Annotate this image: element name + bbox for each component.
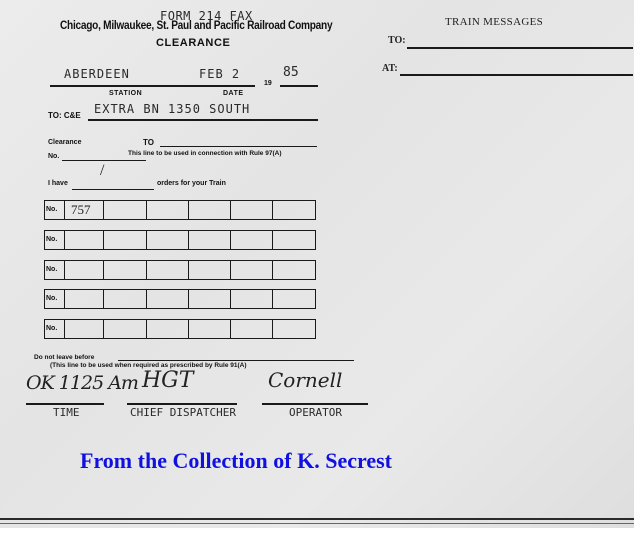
train-messages-to-label: TO:: [388, 35, 406, 46]
order-cell: [147, 320, 189, 338]
order-cell: [147, 261, 189, 279]
year-line: [280, 85, 318, 87]
rule-97a-note: This line to be used in connection with …: [128, 150, 281, 157]
time-label: TIME: [53, 406, 80, 419]
clearance-to-label: TO: [143, 138, 154, 147]
time-signature-line: [26, 403, 104, 405]
form-title: CLEARANCE: [156, 37, 230, 49]
order-cell: [104, 261, 147, 279]
operator-signature: Cornell: [268, 368, 342, 392]
date-label: DATE: [223, 90, 244, 97]
train-messages-title: TRAIN MESSAGES: [445, 16, 543, 28]
operator-signature-line: [262, 403, 368, 405]
order-no-label: No.: [45, 320, 65, 338]
train-messages-at-line: [400, 74, 633, 76]
order-number-cell: [65, 320, 104, 338]
order-cell: [189, 261, 231, 279]
order-cell: [189, 320, 231, 338]
dispatcher-signature-line: [127, 403, 237, 405]
order-cell: [273, 231, 315, 249]
to-crew-label: TO: C&E: [48, 111, 81, 120]
train-messages-at-label: AT:: [382, 63, 398, 74]
order-cell: [231, 201, 273, 219]
bottom-edge-line-2: [0, 523, 634, 524]
order-cell: [189, 290, 231, 308]
order-number-cell: [65, 231, 104, 249]
train-messages-to-line: [407, 47, 633, 49]
time-signature: OK 1125 Am: [26, 372, 138, 394]
i-have-label: I have: [48, 180, 68, 187]
order-cell: [231, 231, 273, 249]
operator-label: OPERATOR: [289, 406, 342, 419]
order-no-label: No.: [45, 290, 65, 308]
dispatcher-signature: HGT: [142, 368, 193, 393]
do-not-leave-line: [118, 360, 354, 361]
order-cell: [273, 320, 315, 338]
order-cell: [273, 201, 315, 219]
order-row: No.: [44, 319, 316, 339]
clearance-to-line: [160, 146, 317, 147]
do-not-leave-label: Do not leave before: [34, 354, 94, 361]
order-number-cell: [65, 290, 104, 308]
dispatcher-label: CHIEF DISPATCHER: [130, 406, 236, 419]
orders-count-value: /: [100, 162, 104, 180]
order-cell: [147, 290, 189, 308]
station-label: STATION: [109, 90, 142, 97]
clearance-no-label: No.: [48, 153, 59, 160]
order-cell: [104, 231, 147, 249]
order-cell: [231, 320, 273, 338]
order-row: No.: [44, 230, 316, 250]
order-cell: [104, 201, 147, 219]
order-cell: [104, 290, 147, 308]
orders-count-line: [72, 189, 154, 190]
order-row: No.: [44, 260, 316, 280]
order-no-label: No.: [45, 201, 65, 219]
date-value: FEB 2: [199, 67, 240, 81]
order-number-value: 757: [71, 202, 91, 218]
order-row: No.: [44, 289, 316, 309]
order-cell: [273, 261, 315, 279]
station-value: ABERDEEN: [64, 67, 130, 81]
order-row: No. 757: [44, 200, 316, 220]
order-number-cell: 757: [65, 201, 104, 219]
company-name: Chicago, Milwaukee, St. Paul and Pacific…: [60, 20, 332, 32]
clearance-no-line: [62, 160, 146, 161]
year-value: 85: [283, 65, 299, 80]
order-cell: [231, 290, 273, 308]
order-number-cell: [65, 261, 104, 279]
year-prefix: 19: [264, 80, 272, 87]
order-cell: [104, 320, 147, 338]
order-no-label: No.: [45, 261, 65, 279]
bottom-edge-line: [0, 518, 634, 520]
order-no-label: No.: [45, 231, 65, 249]
order-cell: [231, 261, 273, 279]
order-cell: [147, 201, 189, 219]
orders-label: orders for your Train: [157, 180, 226, 187]
order-cell: [189, 231, 231, 249]
order-cell: [189, 201, 231, 219]
collection-watermark: From the Collection of K. Secrest: [80, 448, 392, 474]
order-cell: [147, 231, 189, 249]
station-date-line: [50, 85, 255, 87]
to-crew-value: EXTRA BN 1350 SOUTH: [94, 102, 250, 116]
to-crew-line: [88, 119, 318, 121]
order-cell: [273, 290, 315, 308]
clearance-label: Clearance: [48, 139, 81, 146]
